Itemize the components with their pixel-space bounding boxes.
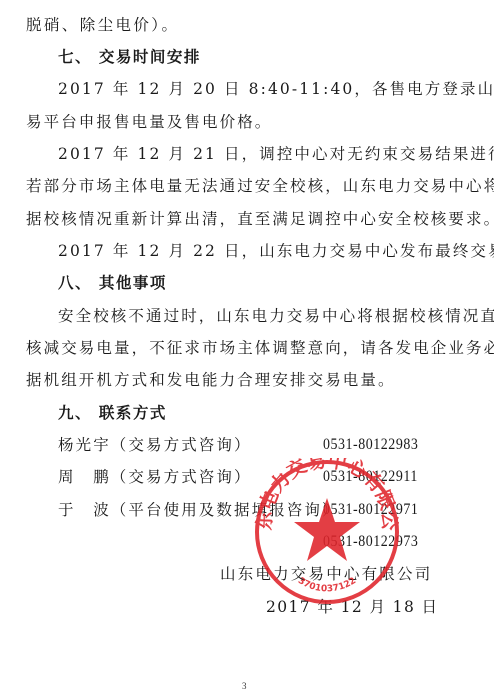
contact-phone: 0531-80122911 bbox=[323, 467, 418, 487]
paragraph-line: 2017 年 12 月 20 日 8:40-11:40，各售电方登录山东电力交 bbox=[58, 79, 471, 99]
paragraph-line: 据校核情况重新计算出清，直至满足调控中心安全校核要求。 bbox=[26, 209, 471, 229]
section-heading-9: 九、 联系方式 bbox=[58, 403, 471, 423]
section-heading-7: 七、 交易时间安排 bbox=[58, 47, 471, 67]
contact-phone: 0531-80122973 bbox=[323, 532, 418, 552]
signature-date: 2017 年 12 月 18 日 bbox=[266, 597, 438, 617]
document-page: 脱硝、除尘电价）。 七、 交易时间安排 2017 年 12 月 20 日 8:4… bbox=[0, 0, 494, 698]
contact-phone: 0531-80122983 bbox=[323, 435, 418, 455]
contact-name: 周 鹏（交易方式咨询） bbox=[58, 467, 252, 487]
paragraph-line: 若部分市场主体电量无法通过安全校核，山东电力交易中心将根 bbox=[26, 176, 471, 196]
contact-name: 杨光宇（交易方式咨询） bbox=[58, 435, 252, 455]
section-heading-8: 八、 其他事项 bbox=[58, 273, 471, 293]
paragraph-continuation: 脱硝、除尘电价）。 bbox=[26, 15, 471, 35]
paragraph-line: 核减交易电量，不征求市场主体调整意向，请各发电企业务必根 bbox=[26, 338, 471, 358]
signature-organization: 山东电力交易中心有限公司 bbox=[220, 564, 432, 584]
paragraph-line: 易平台申报售电量及售电价格。 bbox=[26, 112, 471, 132]
paragraph-line: 安全校核不通过时，山东电力交易中心将根据校核情况直接 bbox=[58, 306, 471, 326]
contact-phone: 0531-80122971 bbox=[323, 500, 418, 520]
paragraph-line: 2017 年 12 月 21 日，调控中心对无约束交易结果进行校核。 bbox=[58, 144, 471, 164]
paragraph-line: 2017 年 12 月 22 日，山东电力交易中心发布最终交易结果。 bbox=[58, 241, 471, 261]
page-number: 3 bbox=[242, 681, 247, 691]
contact-name: 于 波（平台使用及数据填报咨询） bbox=[58, 500, 340, 520]
paragraph-line: 据机组开机方式和发电能力合理安排交易电量。 bbox=[26, 370, 471, 390]
